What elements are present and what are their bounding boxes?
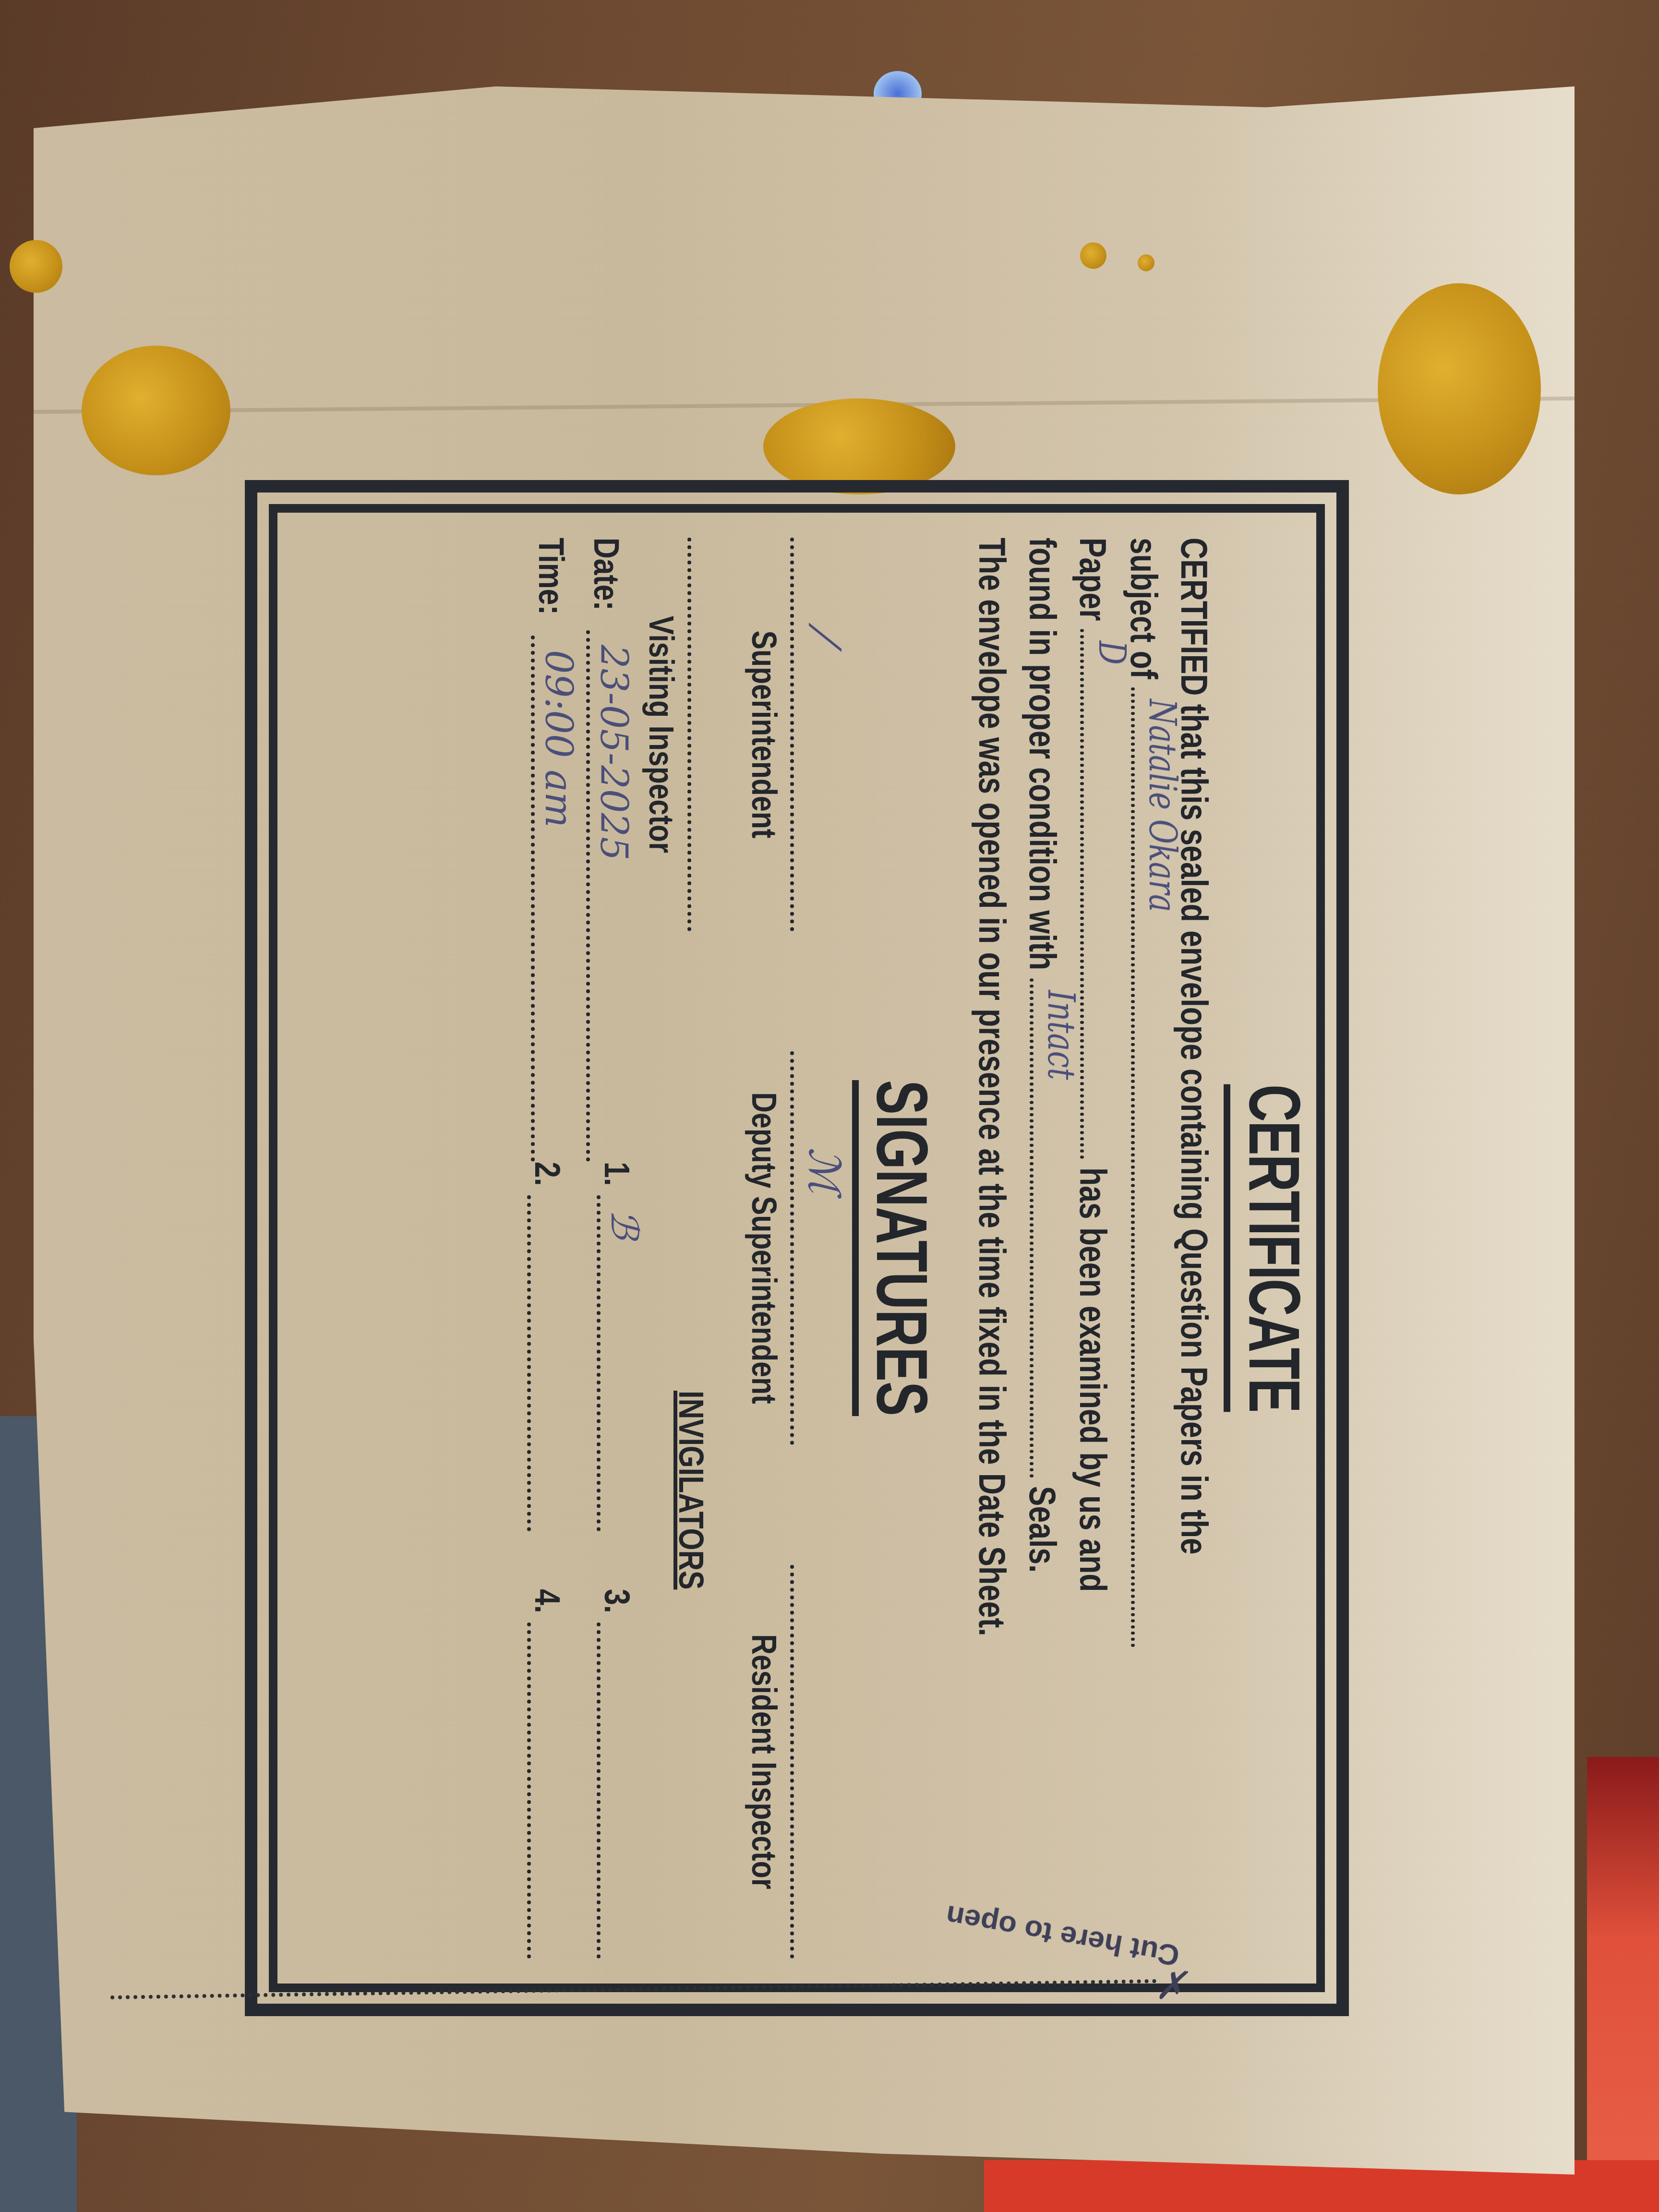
time-handwriting: 09:00 am: [537, 650, 580, 828]
signatures-heading: SIGNATURES: [866, 736, 938, 1759]
lower-section: Visiting Inspector Date: 23-05-2025 Time…: [513, 538, 710, 1959]
invigilator-signature-line[interactable]: ℬ: [597, 1195, 629, 1531]
certificate-content: CERTIFICATE CERTIFIED that this sealed e…: [513, 538, 1310, 1959]
signature-mark: ℳ: [799, 1147, 849, 1193]
signature-line[interactable]: [687, 538, 710, 931]
wax-seal-corner: [10, 240, 62, 293]
certificate-block: CERTIFICATE CERTIFIED that this sealed e…: [245, 480, 1349, 2016]
time-field: Time: 09:00 am: [531, 538, 572, 1162]
invigilator-signature-line[interactable]: [597, 1623, 629, 1959]
time-input[interactable]: 09:00 am: [531, 636, 564, 1162]
invigilator-1: 1.ℬ: [597, 1162, 637, 1531]
resident-inspector-signature: Resident Inspector: [744, 1565, 847, 1959]
wax-seal-right: [1378, 283, 1541, 494]
signature-line[interactable]: ⁄: [790, 538, 847, 931]
invigilator-4: 4.: [527, 1589, 568, 1959]
invigilator-grid: 1.ℬ 3. 2. 4.: [513, 1162, 652, 1959]
invigilator-signature: ℬ: [602, 1210, 646, 1239]
signatory-row: ⁄ Superintendent ℳ Deputy Superintendent…: [744, 538, 847, 1959]
seals-handwriting: Intact: [1035, 990, 1086, 1080]
wax-seal-left: [82, 346, 230, 475]
signatory-label: Visiting Inspector: [641, 573, 681, 896]
date-field: Date: 23-05-2025: [586, 538, 627, 1162]
inspector-date-time: Visiting Inspector Date: 23-05-2025 Time…: [513, 538, 710, 1162]
certificate-line-3: Paper D has been examined by us and: [1068, 538, 1118, 1959]
signature-line[interactable]: [790, 1565, 847, 1959]
visiting-inspector-signature: Visiting Inspector: [641, 538, 710, 931]
invigilator-2: 2.: [527, 1162, 568, 1531]
subject-field[interactable]: Natalie Okara: [1131, 687, 1164, 1647]
invigilator-3: 3.: [597, 1589, 637, 1959]
deputy-superintendent-signature: ℳ Deputy Superintendent: [744, 1051, 847, 1445]
date-handwriting: 23-05-2025: [592, 645, 635, 861]
signature-mark: ⁄: [799, 634, 849, 641]
invigilators-heading: INVIGILATORS: [671, 1391, 710, 1902]
invigilators-section: INVIGILATORS 1.ℬ 3. 2. 4.: [513, 1162, 710, 1959]
certificate-line-2: subject of Natalie Okara: [1118, 538, 1168, 1959]
certificate-title: CERTIFICATE: [1238, 736, 1310, 1759]
signatory-label: Superintendent: [744, 573, 783, 896]
signatory-label: Deputy Superintendent: [744, 1087, 783, 1409]
certificate-line-4: found in proper condition with Intact Se…: [1017, 538, 1068, 1959]
invigilator-signature-line[interactable]: [527, 1195, 560, 1531]
wax-drip-2: [1138, 254, 1154, 271]
paper-handwriting: D: [1086, 641, 1136, 665]
signature-line[interactable]: ℳ: [790, 1051, 847, 1445]
seals-field[interactable]: Intact: [1030, 979, 1062, 1478]
date-input[interactable]: 23-05-2025: [586, 630, 619, 1162]
subject-handwriting: Natalie Okara: [1137, 699, 1187, 912]
invigilator-signature-line[interactable]: [527, 1623, 560, 1959]
signatory-label: Resident Inspector: [744, 1600, 783, 1923]
wax-drip-1: [1080, 242, 1106, 269]
certificate-line-5: The envelope was opened in our presence …: [967, 538, 1017, 1959]
red-cloth: [1587, 1757, 1659, 2212]
superintendent-signature: ⁄ Superintendent: [744, 538, 847, 931]
